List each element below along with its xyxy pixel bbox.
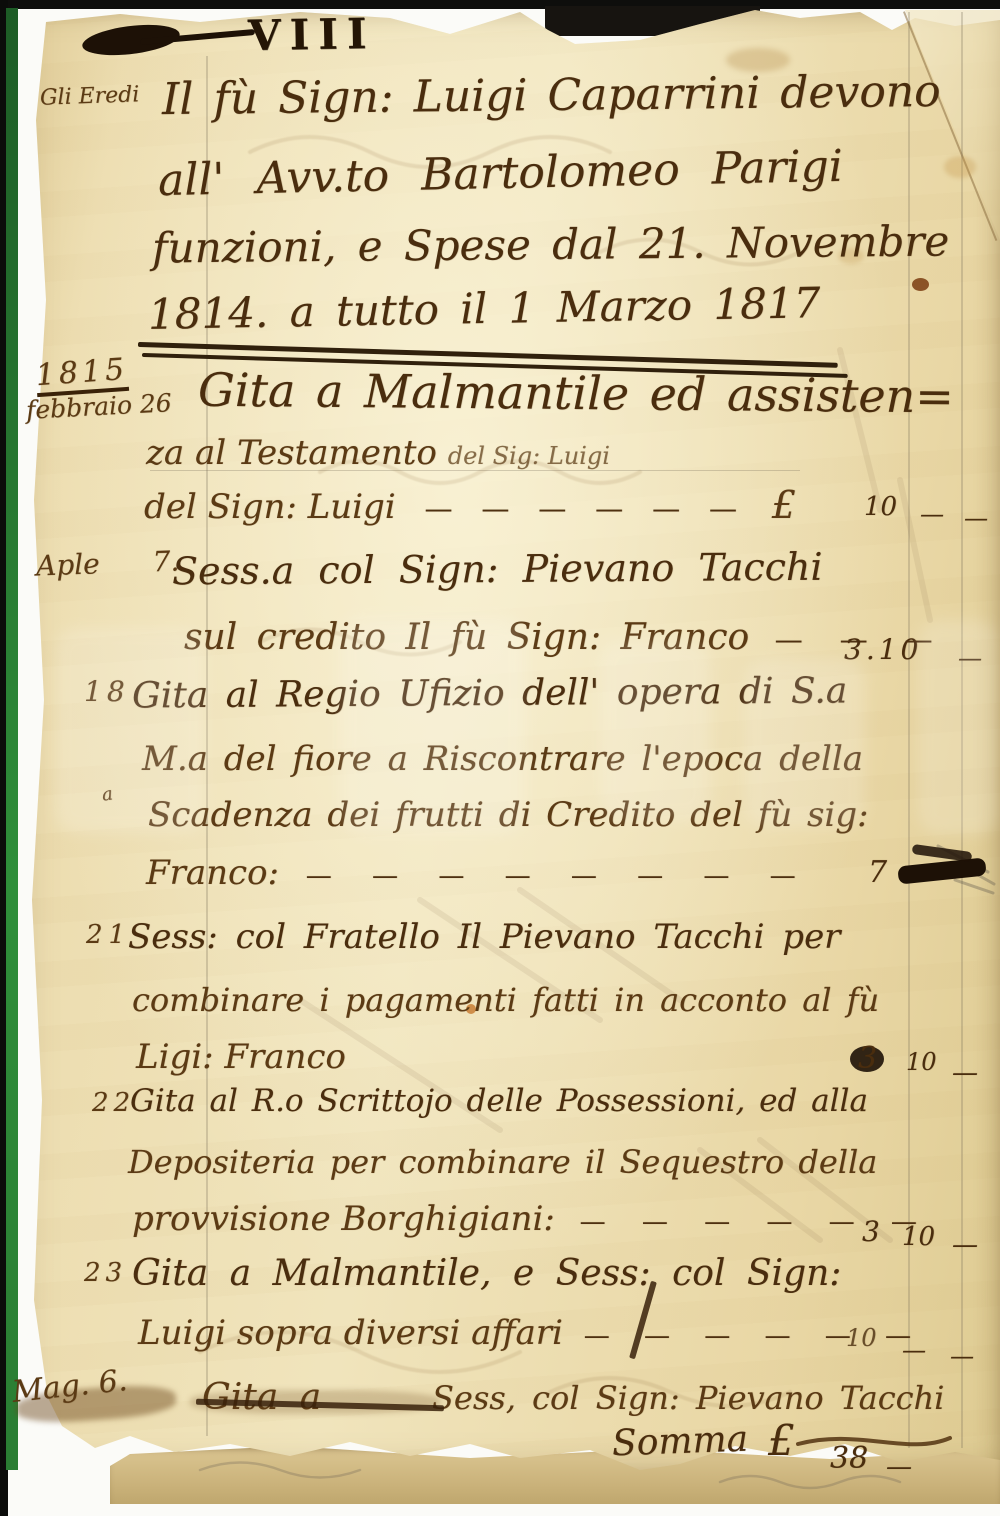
title-line-1: Il fù Sign: Luigi Caparrini devono [162, 70, 941, 122]
title-line-4: 1814. a tutto il 1 Marzo 1817 [148, 282, 821, 336]
entry-2-line-2: sul credito Il fù Sign: Franco — — — [184, 620, 942, 656]
entry-7-line-1: Sess, col Sign: Pievano Tacchi [432, 1382, 944, 1414]
entry-1-currency: £ [772, 483, 796, 527]
summary-total: 38 [830, 1444, 868, 1474]
watermark-overlay [340, 618, 525, 833]
scanned-manuscript-page: VIII Gli Eredi Il fù Sign: Luigi Caparri… [0, 0, 1000, 1516]
entry-6-line-1: Gita a Malmantile, e Sess: col Sign: [132, 1256, 841, 1292]
entry-6-line-2: Luigi sopra diversi affari — — — — — — [138, 1316, 924, 1350]
entry-1-leader: — — — — — — [424, 492, 747, 525]
entry-1-amount-denari: — [964, 506, 988, 530]
watermark-overlay [55, 628, 205, 833]
entry-5-amount-soldi: 10 [902, 1224, 935, 1250]
entry-3-amount-lire: 7 [868, 858, 887, 888]
summary-label: Somma [611, 1422, 748, 1463]
entry-2-amount-lire: 3.10 [844, 636, 922, 664]
entry-4-amount-denari: — [952, 1060, 978, 1086]
entry-1-line-2: za al Testamento del Sig: Luigi [146, 436, 610, 470]
watermark-overlay [600, 640, 710, 820]
entry-1-amount-lire: 10 [864, 494, 897, 520]
summary-dash: — [886, 1454, 912, 1480]
entry-4-line-2: combinare i pagamenti fatti in acconto a… [132, 984, 879, 1016]
entry-6-amount-soldi: — [902, 1338, 926, 1362]
entry-4-line-1: Sess: col Fratello Il Pievano Tacchi per [128, 920, 840, 954]
entry-2-line-1: Sess.a col Sign: Pievano Tacchi [172, 548, 823, 591]
ink-spot [912, 278, 929, 291]
watermark-overlay [918, 620, 998, 835]
entry-2-date: Aple 7. [36, 548, 180, 581]
entry-5-amount-lire: 3 [862, 1218, 880, 1246]
entry-1-line-3: del Sign: Luigi — — — — — — £ [144, 486, 796, 524]
entry-6-amount-lire: 10 [846, 1326, 877, 1350]
entry-3-line-4: Franco: — — — — — — — — [146, 856, 812, 890]
title-line-3: funzioni, e Spese dal 21. Novembre [152, 221, 950, 270]
entry-4-amount-soldi: 10 [906, 1050, 937, 1074]
entry-1-line-2-inserted: del Sig: Luigi [448, 442, 610, 470]
entry-5-line-3: provvisione Borghigiani: — — — — — — [132, 1202, 931, 1236]
entry-6-date: 23 [84, 1260, 127, 1286]
entry-3-leader: — — — — — — — — [306, 861, 812, 891]
entry-1-amount-soldi: — [920, 502, 944, 526]
entry-1-date: febbraio 26 [25, 390, 172, 423]
entry-5-line-1: Gita al R.o Scrittojo delle Possessioni,… [130, 1086, 868, 1117]
entry-5-line-2: Depositeria per combinare il Sequestro d… [128, 1146, 877, 1178]
entry-6-amount-denari: — [950, 1344, 974, 1368]
entry-7-struck-text: Gita a [202, 1380, 321, 1416]
entry-1-line-3-text: del Sign: Luigi [144, 487, 396, 527]
watermark-overlay [745, 658, 865, 828]
entry-4-line-3: Ligi: Franco [136, 1040, 346, 1074]
entry-5-amount-denari: — [952, 1232, 978, 1258]
entry-1-line-1: Gita a Malmantile ed assisten= [198, 367, 954, 420]
entry-4-date: 21 [86, 922, 131, 948]
entry-5-date: 22 [92, 1090, 135, 1116]
foxing-spot-1 [944, 156, 976, 178]
entry-1-line-2-text: za al Testamento [146, 433, 437, 473]
folio-number: VIII [248, 13, 376, 57]
entry-3-line-4-text: Franco: [146, 853, 279, 893]
entry-5-line-3-text: provvisione Borghigiani: [132, 1199, 555, 1239]
entry-6-line-2-text: Luigi sopra diversi affari [138, 1313, 563, 1353]
entry-4-amount-lire: 3 [858, 1044, 877, 1074]
summary-currency: £ [768, 1420, 795, 1462]
heir-margin-note: Gli Eredi [40, 84, 140, 109]
